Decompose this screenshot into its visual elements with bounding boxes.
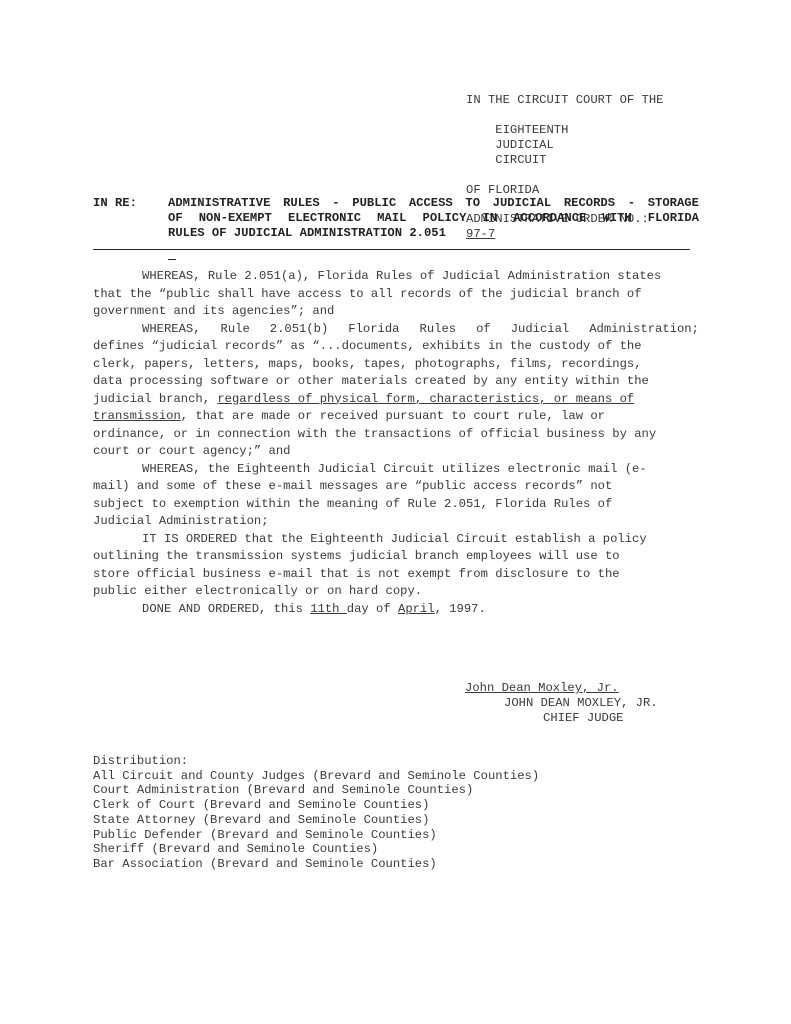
word: of bbox=[476, 321, 491, 339]
word: TO bbox=[465, 196, 480, 211]
word: Rule bbox=[221, 321, 250, 339]
in-re-line-2: OFNON-EXEMPTELECTRONICMAILPOLICYINACCORD… bbox=[168, 211, 699, 226]
distribution-list: Distribution: All Circuit and County Jud… bbox=[93, 754, 539, 872]
word: FLORIDA bbox=[648, 211, 699, 226]
word: RECORDS bbox=[564, 196, 615, 211]
word: RULES bbox=[283, 196, 320, 211]
para1-line-2: that the “public shall have access to al… bbox=[93, 286, 699, 304]
divider-mark bbox=[168, 259, 176, 260]
word: STORAGE bbox=[648, 196, 699, 211]
para2-line-3: clerk, papers, letters, maps, books, tap… bbox=[93, 356, 699, 374]
word: ACCESS bbox=[409, 196, 453, 211]
word: ELECTRONIC bbox=[288, 211, 361, 226]
order-month: April bbox=[398, 602, 435, 616]
para1-line-3: government and its agencies”; and bbox=[93, 303, 699, 321]
distribution-heading: Distribution: bbox=[93, 754, 539, 769]
word: WHEREAS, bbox=[142, 321, 201, 339]
court-line-2: EIGHTEENTH JUDICIAL CIRCUIT bbox=[466, 108, 700, 183]
underlined-text: regardless of physical form, characteris… bbox=[217, 392, 634, 406]
underlined-text: transmission bbox=[93, 409, 181, 423]
para2-line-6: transmission, that are made or received … bbox=[93, 408, 699, 426]
para3-line-3: subject to exemption within the meaning … bbox=[93, 496, 699, 514]
word: PUBLIC bbox=[352, 196, 396, 211]
signed-name: John Dean Moxley, Jr. bbox=[465, 681, 658, 696]
word: POLICY bbox=[423, 211, 467, 226]
para1-line-1: WHEREAS, Rule 2.051(a), Florida Rules of… bbox=[93, 268, 699, 286]
in-re-heading: IN RE: ADMINISTRATIVERULES-PUBLICACCESST… bbox=[93, 196, 699, 241]
distribution-item: Public Defender (Brevard and Seminole Co… bbox=[93, 828, 539, 843]
para2-line-2: defines “judicial records” as “...docume… bbox=[93, 338, 699, 356]
word: - bbox=[628, 196, 635, 211]
para2-line-7: ordinance, or in connection with the tra… bbox=[93, 426, 699, 444]
text: , that are made or received pursuant to … bbox=[181, 409, 605, 423]
in-re-subject: ADMINISTRATIVERULES-PUBLICACCESSTOJUDICI… bbox=[168, 196, 699, 241]
word: - bbox=[332, 196, 339, 211]
word: ADMINISTRATIVE bbox=[168, 196, 270, 211]
signature-block: John Dean Moxley, Jr. JOHN DEAN MOXLEY, … bbox=[465, 681, 658, 726]
done-and-ordered: DONE AND ORDERED, this 11th day of April… bbox=[93, 601, 699, 619]
para2-line-5: judicial branch, regardless of physical … bbox=[93, 391, 699, 409]
para3-line-1: WHEREAS, the Eighteenth Judicial Circuit… bbox=[93, 461, 699, 479]
court-line-1: IN THE CIRCUIT COURT OF THE bbox=[466, 93, 700, 108]
in-re-label: IN RE: bbox=[93, 196, 137, 211]
text: DONE AND ORDERED, this bbox=[142, 602, 310, 616]
para3-line-4: Judicial Administration; bbox=[93, 513, 699, 531]
word: 2.051(b) bbox=[270, 321, 329, 339]
order-day: 11th bbox=[310, 602, 347, 616]
distribution-item: State Attorney (Brevard and Seminole Cou… bbox=[93, 813, 539, 828]
printed-name: JOHN DEAN MOXLEY, JR. bbox=[504, 696, 658, 711]
distribution-item: Bar Association (Brevard and Seminole Co… bbox=[93, 857, 539, 872]
court-word: CIRCUIT bbox=[495, 153, 546, 167]
word: OF bbox=[168, 211, 183, 226]
distribution-item: Sheriff (Brevard and Seminole Counties) bbox=[93, 842, 539, 857]
text: judicial branch, bbox=[93, 392, 217, 406]
court-word: JUDICIAL bbox=[495, 138, 554, 152]
para2-line-8: court or court agency;” and bbox=[93, 443, 699, 461]
in-re-line-1: ADMINISTRATIVERULES-PUBLICACCESSTOJUDICI… bbox=[168, 196, 699, 211]
judge-title: CHIEF JUDGE bbox=[543, 711, 658, 726]
distribution-item: All Circuit and County Judges (Brevard a… bbox=[93, 769, 539, 784]
para4-line-1: IT IS ORDERED that the Eighteenth Judici… bbox=[93, 531, 699, 549]
heading-divider bbox=[93, 249, 690, 250]
text: day of bbox=[347, 602, 398, 616]
word: ACCORDANCE bbox=[513, 211, 586, 226]
word: MAIL bbox=[377, 211, 406, 226]
para4-line-3: store official business e-mail that is n… bbox=[93, 566, 699, 584]
distribution-item: Court Administration (Brevard and Semino… bbox=[93, 783, 539, 798]
distribution-item: Clerk of Court (Brevard and Seminole Cou… bbox=[93, 798, 539, 813]
para3-line-2: mail) and some of these e-mail messages … bbox=[93, 478, 699, 496]
word: Judicial bbox=[511, 321, 570, 339]
word: Administration; bbox=[589, 321, 699, 339]
order-body: WHEREAS, Rule 2.051(a), Florida Rules of… bbox=[93, 268, 699, 618]
word: Rules bbox=[420, 321, 457, 339]
para4-line-4: public either electronically or on hard … bbox=[93, 583, 699, 601]
text: , 1997. bbox=[435, 602, 486, 616]
court-word: EIGHTEENTH bbox=[495, 123, 568, 137]
in-re-line-3: RULES OF JUDICIAL ADMINISTRATION 2.051 bbox=[168, 226, 699, 241]
word: NON-EXEMPT bbox=[199, 211, 272, 226]
word: JUDICIAL bbox=[493, 196, 552, 211]
para2-line-1: WHEREAS,Rule2.051(b)FloridaRulesofJudici… bbox=[93, 321, 699, 339]
para2-line-4: data processing software or other materi… bbox=[93, 373, 699, 391]
para4-line-2: outlining the transmission systems judic… bbox=[93, 548, 699, 566]
word: IN bbox=[482, 211, 497, 226]
word: Florida bbox=[348, 321, 399, 339]
word: WITH bbox=[602, 211, 631, 226]
